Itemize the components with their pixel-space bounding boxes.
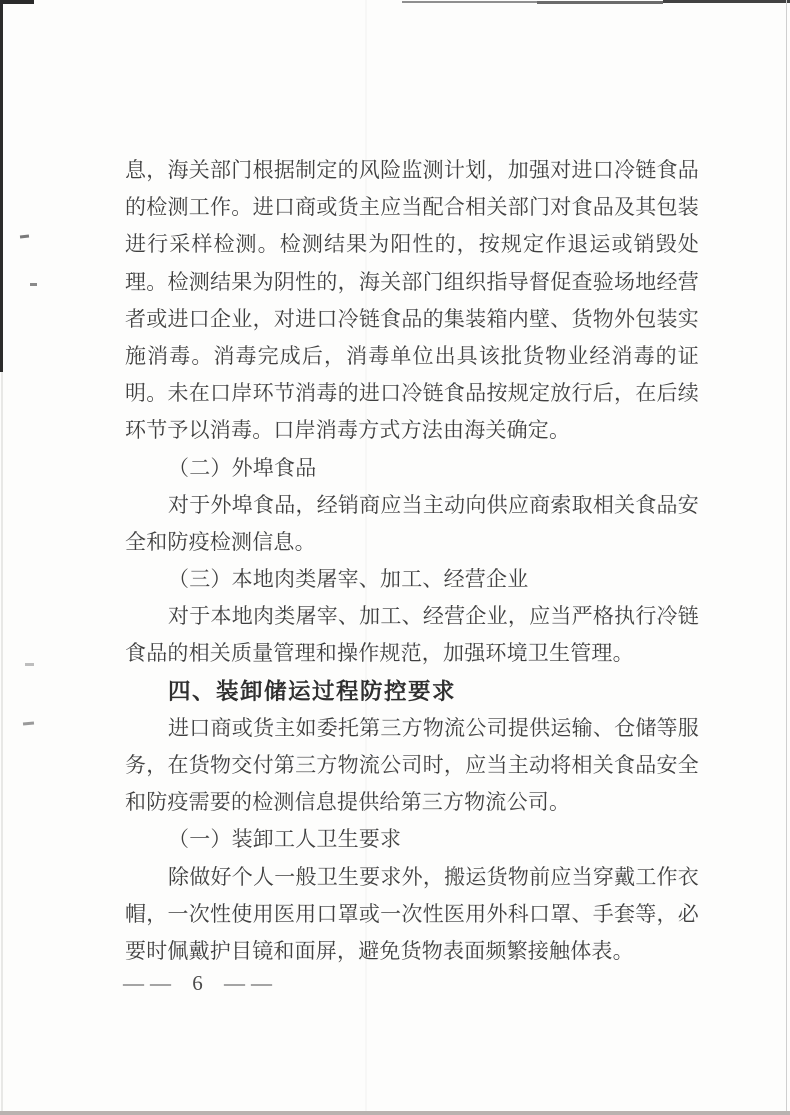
text-line: 除做好个人一般卫生要求外，搬运货物前应当穿戴工作衣 (125, 859, 699, 896)
text-line: （二）外埠食品 (125, 450, 699, 487)
text-line: 对于本地肉类屠宰、加工、经营企业，应当严格执行冷链 (125, 598, 699, 635)
text-line: 理。检测结果为阴性的，海关部门组织指导督促查验场地经营 (125, 264, 699, 301)
scan-artifact-top-edge-light (402, 1, 537, 3)
page-number: —— 6 —— (123, 970, 278, 996)
text-line: 食品的相关质量管理和操作规范，加强环境卫生管理。 (125, 635, 699, 672)
text-line: 的检测工作。进口商或货主应当配合相关部门对食品及其包装 (125, 189, 699, 226)
text-line: （三）本地肉类屠宰、加工、经营企业 (125, 561, 699, 598)
text-line: 进口商或货主如委托第三方物流公司提供运输、仓储等服 (125, 710, 699, 747)
scan-artifact-right-edge-line (786, 0, 787, 1115)
scan-artifact-top-edge-dark (663, 0, 790, 3)
document-text: 息，海关部门根据制定的风险监测计划，加强对进口冷链食品的检测工作。进口商或货主应… (125, 152, 699, 970)
text-line: 明。未在口岸环节消毒的进口冷链食品按规定放行后，在后续 (125, 375, 699, 412)
text-line: 帽，一次性使用医用口罩或一次性医用外科口罩、手套等，必 (125, 896, 699, 933)
scan-artifact-bottom-edge-line (0, 1111, 790, 1115)
scan-artifact-left-edge-faint (1, 372, 3, 1115)
scan-artifact-top-left-mark (0, 0, 34, 4)
scan-artifact-speck (23, 722, 34, 726)
text-line: 务，在货物交付第三方物流公司时，应当主动将相关食品安全 (125, 747, 699, 784)
text-line: 全和防疫检测信息。 (125, 524, 699, 561)
scan-artifact-speck (20, 235, 29, 239)
text-line: 和防疫需要的检测信息提供给第三方物流公司。 (125, 784, 699, 821)
text-line: 进行采样检测。检测结果为阳性的，按规定作退运或销毁处 (125, 226, 699, 263)
text-line: 对于外埠食品，经销商应当主动向供应商索取相关食品安 (125, 487, 699, 524)
scan-artifact-left-edge-line (0, 0, 3, 372)
text-line: 施消毒。消毒完成后，消毒单位出具该批货物业经消毒的证 (125, 338, 699, 375)
text-line: 要时佩戴护目镜和面屏，避免货物表面频繁接触体表。 (125, 933, 699, 970)
text-line: 息，海关部门根据制定的风险监测计划，加强对进口冷链食品 (125, 152, 699, 189)
text-line: 环节予以消毒。口岸消毒方式方法由海关确定。 (125, 412, 699, 449)
scan-artifact-speck (30, 283, 37, 286)
text-line: 者或进口企业，对进口冷链食品的集装箱内壁、货物外包装实 (125, 301, 699, 338)
scan-artifact-top-edge-medium (537, 1, 663, 4)
text-line: （一）装卸工人卫生要求 (125, 821, 699, 858)
section-heading-line: 四、装卸储运过程防控要求 (125, 673, 699, 710)
scan-artifact-speck (25, 663, 34, 666)
scanned-document-page: 息，海关部门根据制定的风险监测计划，加强对进口冷链食品的检测工作。进口商或货主应… (0, 0, 790, 1115)
